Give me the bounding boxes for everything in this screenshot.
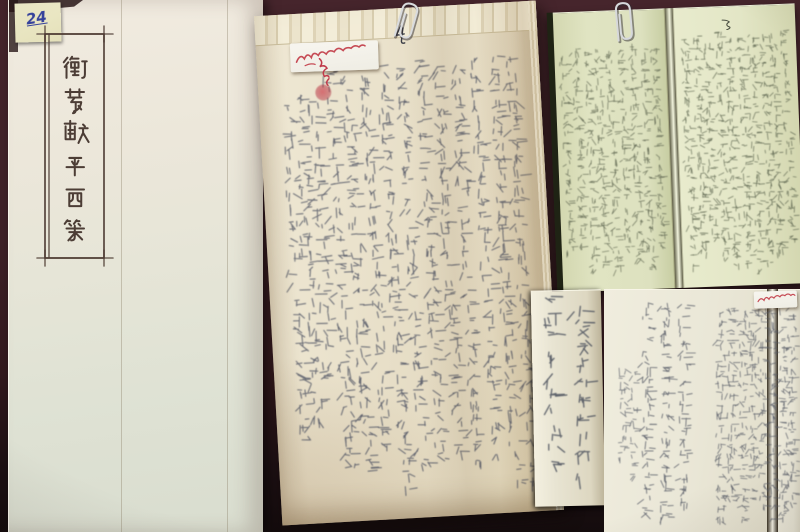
cover-fold-line [227,0,228,532]
middle-manuscript-page [254,1,564,526]
right-book-handwriting [547,3,800,292]
archive-sticker-middle [290,40,379,72]
red-handwriting-scribble [290,40,379,72]
middle-handwriting [254,1,564,526]
ink-mark [719,18,733,31]
bottom-strip-page [531,289,606,506]
bottom-right-manuscript [604,289,800,532]
strip-handwriting [531,290,606,507]
paperclip-icon [606,0,644,45]
title-calligraphy [64,57,89,241]
red-handwriting-scribble [754,290,798,308]
manuscript-cover: 24 [8,0,263,532]
photo-stage: 24 [0,0,800,532]
red-ink-character [312,56,330,87]
bottom-book-handwriting [604,289,800,532]
title-frame [33,24,125,274]
right-top-manuscript [547,3,800,292]
archive-sticker-bottom [754,290,798,308]
